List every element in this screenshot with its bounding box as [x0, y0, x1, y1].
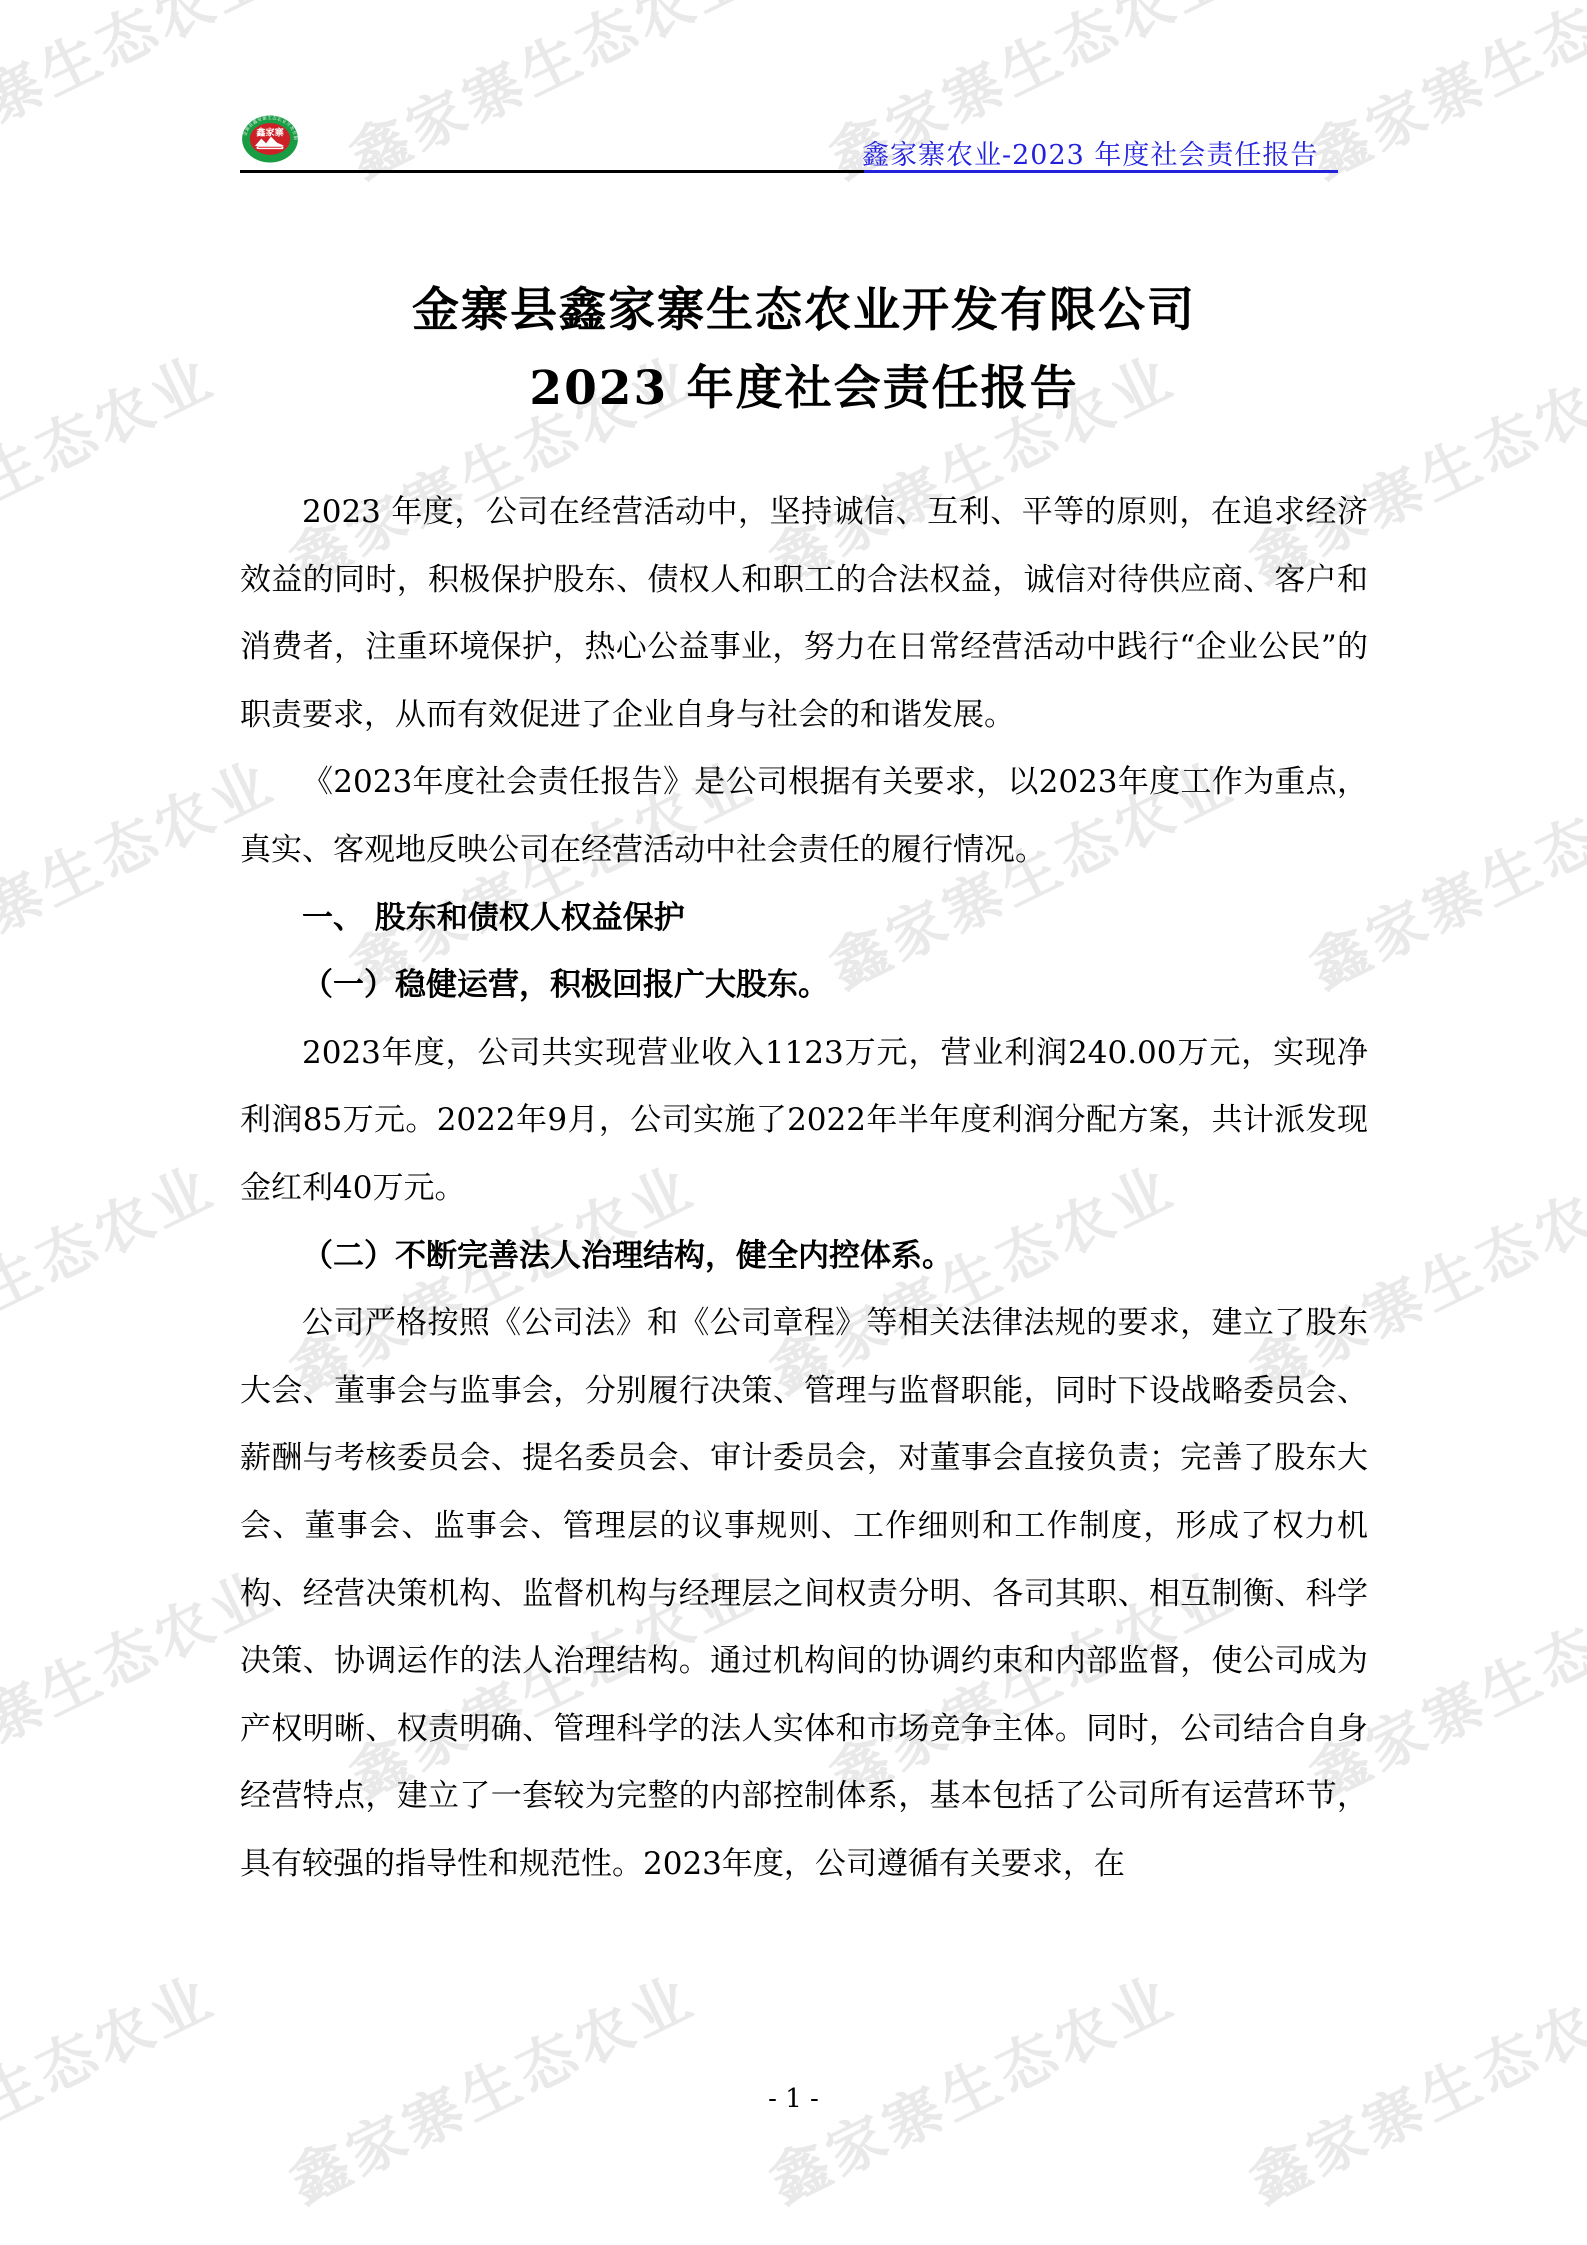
document-title-line1: 金寨县鑫家寨生态农业开发有限公司	[240, 272, 1368, 350]
watermark-text: 鑫家寨生态农业	[0, 0, 287, 194]
page-header-title: 鑫家寨农业-2023 年度社会责任报告	[862, 133, 1318, 172]
watermark-text: 鑫家寨生态农业	[0, 331, 227, 600]
section-heading: （二）不断完善法人治理结构，健全内控体系。	[240, 1223, 1368, 1291]
body-paragraph: 公司严格按照《公司法》和《公司章程》等相关法律法规的要求，建立了股东大会、董事会…	[240, 1290, 1368, 1898]
document-title: 金寨县鑫家寨生态农业开发有限公司 2023 年度社会责任报告	[240, 272, 1368, 428]
body-paragraph: 《2023年度社会责任报告》是公司根据有关要求，以2023年度工作为重点，真实、…	[240, 749, 1368, 884]
watermark-text: 鑫家寨生态农业	[0, 1141, 227, 1410]
company-logo: 金寨县鑫家寨生态农业开发有限公司 鑫家寨	[241, 114, 299, 164]
header-rule-black	[240, 170, 864, 173]
watermark-text: 鑫家寨生态农业	[1293, 0, 1587, 194]
section-heading: 一、 股东和债权人权益保护	[240, 885, 1368, 953]
document-title-line2: 2023 年度社会责任报告	[240, 350, 1368, 428]
body-paragraph: 2023 年度，公司在经营活动中，坚持诚信、互利、平等的原则，在追求经济效益的同…	[240, 479, 1368, 749]
logo-center-text: 鑫家寨	[255, 127, 284, 139]
section-heading: （一）稳健运营，积极回报广大股东。	[240, 952, 1368, 1020]
page-number: - 1 -	[0, 2084, 1587, 2114]
body-paragraph: 2023年度，公司共实现营业收入1123万元，营业利润240.00万元，实现净利…	[240, 1020, 1368, 1223]
body-paragraphs: 2023 年度，公司在经营活动中，坚持诚信、互利、平等的原则，在追求经济效益的同…	[240, 479, 1368, 1898]
document-page: 鑫家寨生态农业鑫家寨生态农业鑫家寨生态农业鑫家寨生态农业鑫家寨生态农业鑫家寨生态…	[0, 0, 1587, 2245]
watermark-text: 鑫家寨生态农业	[333, 0, 766, 194]
